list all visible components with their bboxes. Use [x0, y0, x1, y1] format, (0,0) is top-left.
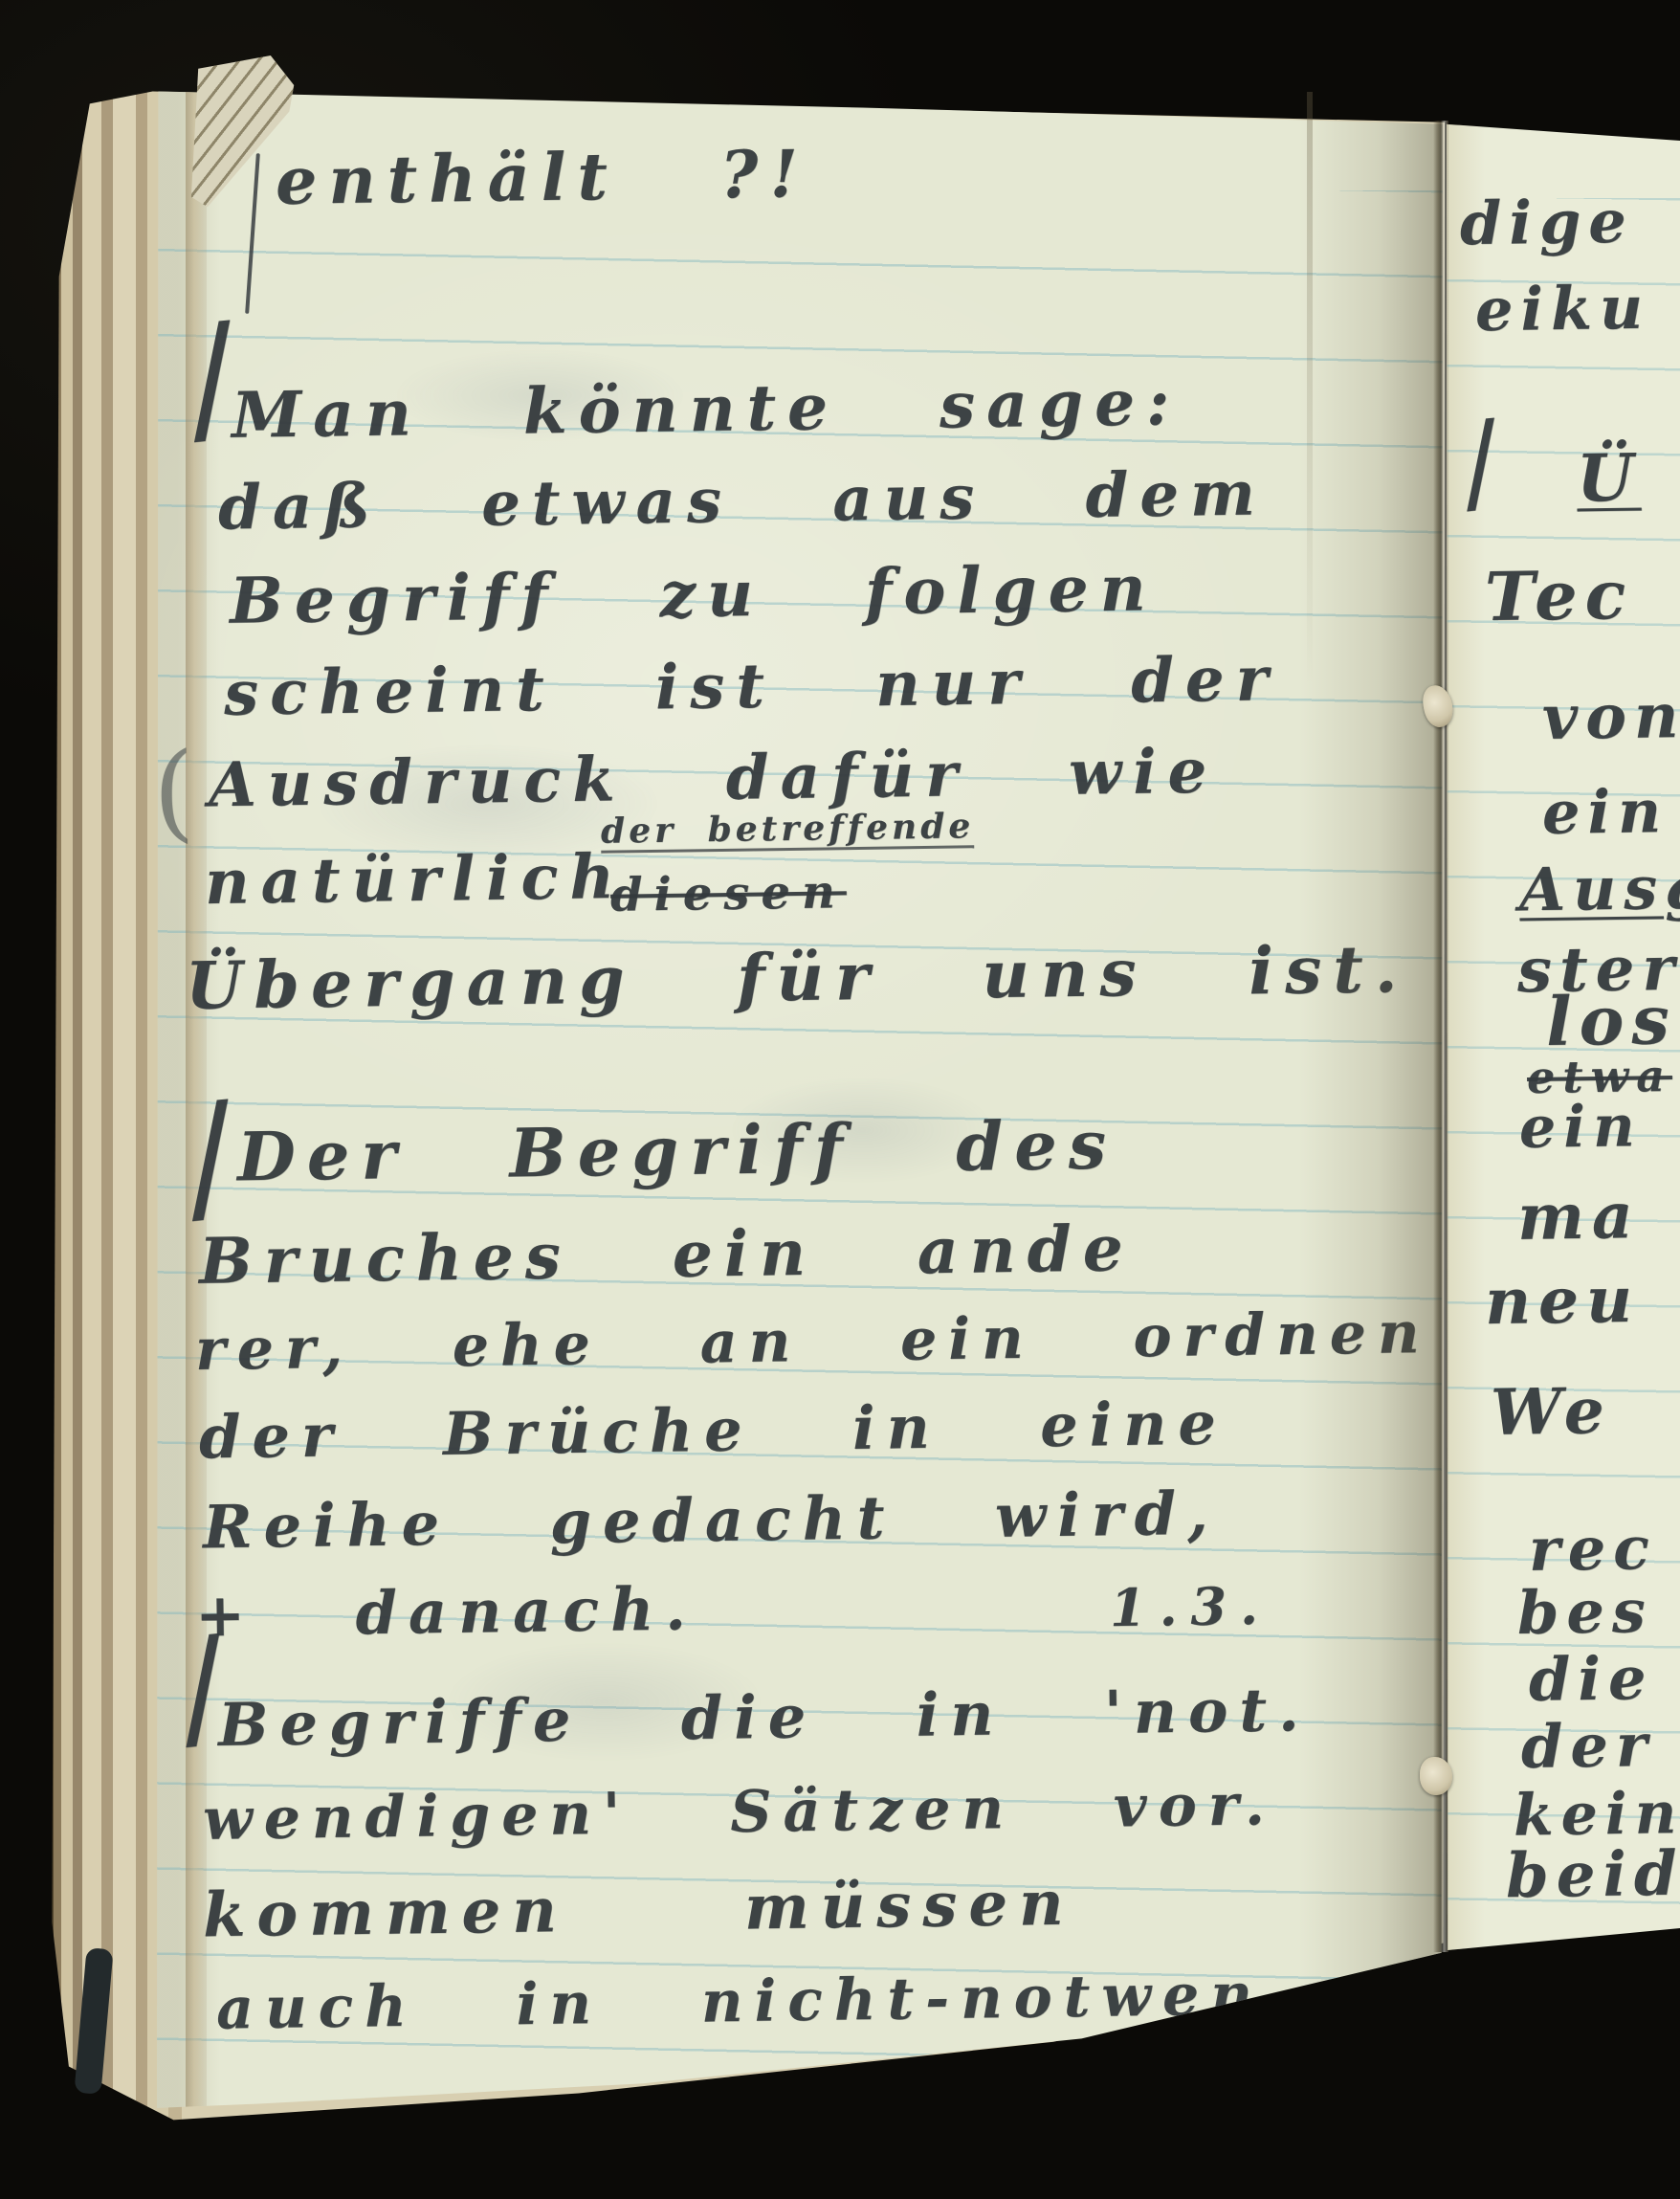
manuscript-line: wendigen' Sätzen vor.	[203, 1776, 1276, 1849]
manuscript-line: + danach.	[195, 1579, 698, 1645]
manuscript-fragment: Ausg	[1519, 858, 1680, 921]
manuscript-fragment: der	[1521, 1716, 1655, 1777]
manuscript-fragment: ein	[1519, 1098, 1643, 1157]
manuscript-fragment: dige	[1460, 192, 1635, 255]
manuscript-fragment: bes	[1517, 1582, 1654, 1643]
manuscript-line: daß etwas aus dem	[218, 463, 1268, 539]
manuscript-fragment: keine	[1514, 1784, 1680, 1844]
margin-parenthesis-mark: (	[152, 739, 194, 845]
manuscript-fragment: We	[1491, 1379, 1613, 1444]
manuscript-line: Der Begriff des	[237, 1112, 1118, 1191]
notebook-photo: enthält ?! / Man könnte sage: daß etwas …	[0, 0, 1680, 2199]
manuscript-line: Bruches ein ande	[199, 1216, 1136, 1293]
section-number: 1.3.	[1110, 1580, 1271, 1633]
manuscript-line: auch in nicht-notwen	[216, 1966, 1265, 2037]
manuscript-fragment: von	[1542, 686, 1680, 749]
manuscript-fragment: ein	[1542, 782, 1669, 843]
manuscript-line: scheint ist nur der	[224, 649, 1280, 724]
manuscript-line: Reihe gedacht wird,	[203, 1484, 1220, 1558]
manuscript-fragment: los	[1546, 987, 1678, 1055]
manuscript-line: natürlich	[205, 847, 627, 914]
paragraph-slash-mark: /	[1456, 406, 1505, 519]
manuscript-fragment: Ü	[1577, 446, 1642, 512]
page-fold-line	[1307, 92, 1313, 685]
notebook-right-page: dige eiku / Ü Tec von ein Ausg ster los …	[1447, 121, 1680, 1950]
gutter-crease	[1433, 121, 1448, 1952]
manuscript-fragment: ma	[1517, 1184, 1642, 1249]
interlinear-insertion: der betreffende	[601, 809, 975, 853]
binding-stitch	[1420, 1757, 1452, 1795]
manuscript-line: enthält ?!	[276, 142, 810, 214]
gutter-shadow	[1299, 69, 1443, 2110]
notebook-left-page: enthält ?! / Man könnte sage: daß etwas …	[153, 69, 1443, 2110]
manuscript-line: rer, ehe an ein ordnen	[195, 1304, 1431, 1379]
manuscript-line: der Brüche in eine	[199, 1393, 1228, 1467]
manuscript-fragment: neu	[1485, 1268, 1641, 1333]
manuscript-fragment: beid	[1506, 1844, 1680, 1908]
manuscript-fragment: Tec	[1485, 562, 1634, 631]
manuscript-fragment: die	[1529, 1649, 1654, 1710]
manuscript-fragment: rec	[1529, 1519, 1658, 1580]
manuscript-line: Man könnte sage:	[232, 370, 1182, 447]
margin-tick-stroke	[245, 153, 260, 314]
manuscript-fragment: eiku	[1475, 278, 1651, 341]
crossed-out-word: diesen	[610, 869, 847, 918]
manuscript-line: Begriff zu folgen	[230, 556, 1158, 633]
manuscript-line: Begriffe die in 'not.	[218, 1680, 1311, 1755]
manuscript-line: Übergang für uns ist.	[186, 937, 1409, 1019]
manuscript-line: Ausdruck dafür wie	[209, 742, 1219, 817]
manuscript-line: kommen müssen	[203, 1874, 1075, 1947]
